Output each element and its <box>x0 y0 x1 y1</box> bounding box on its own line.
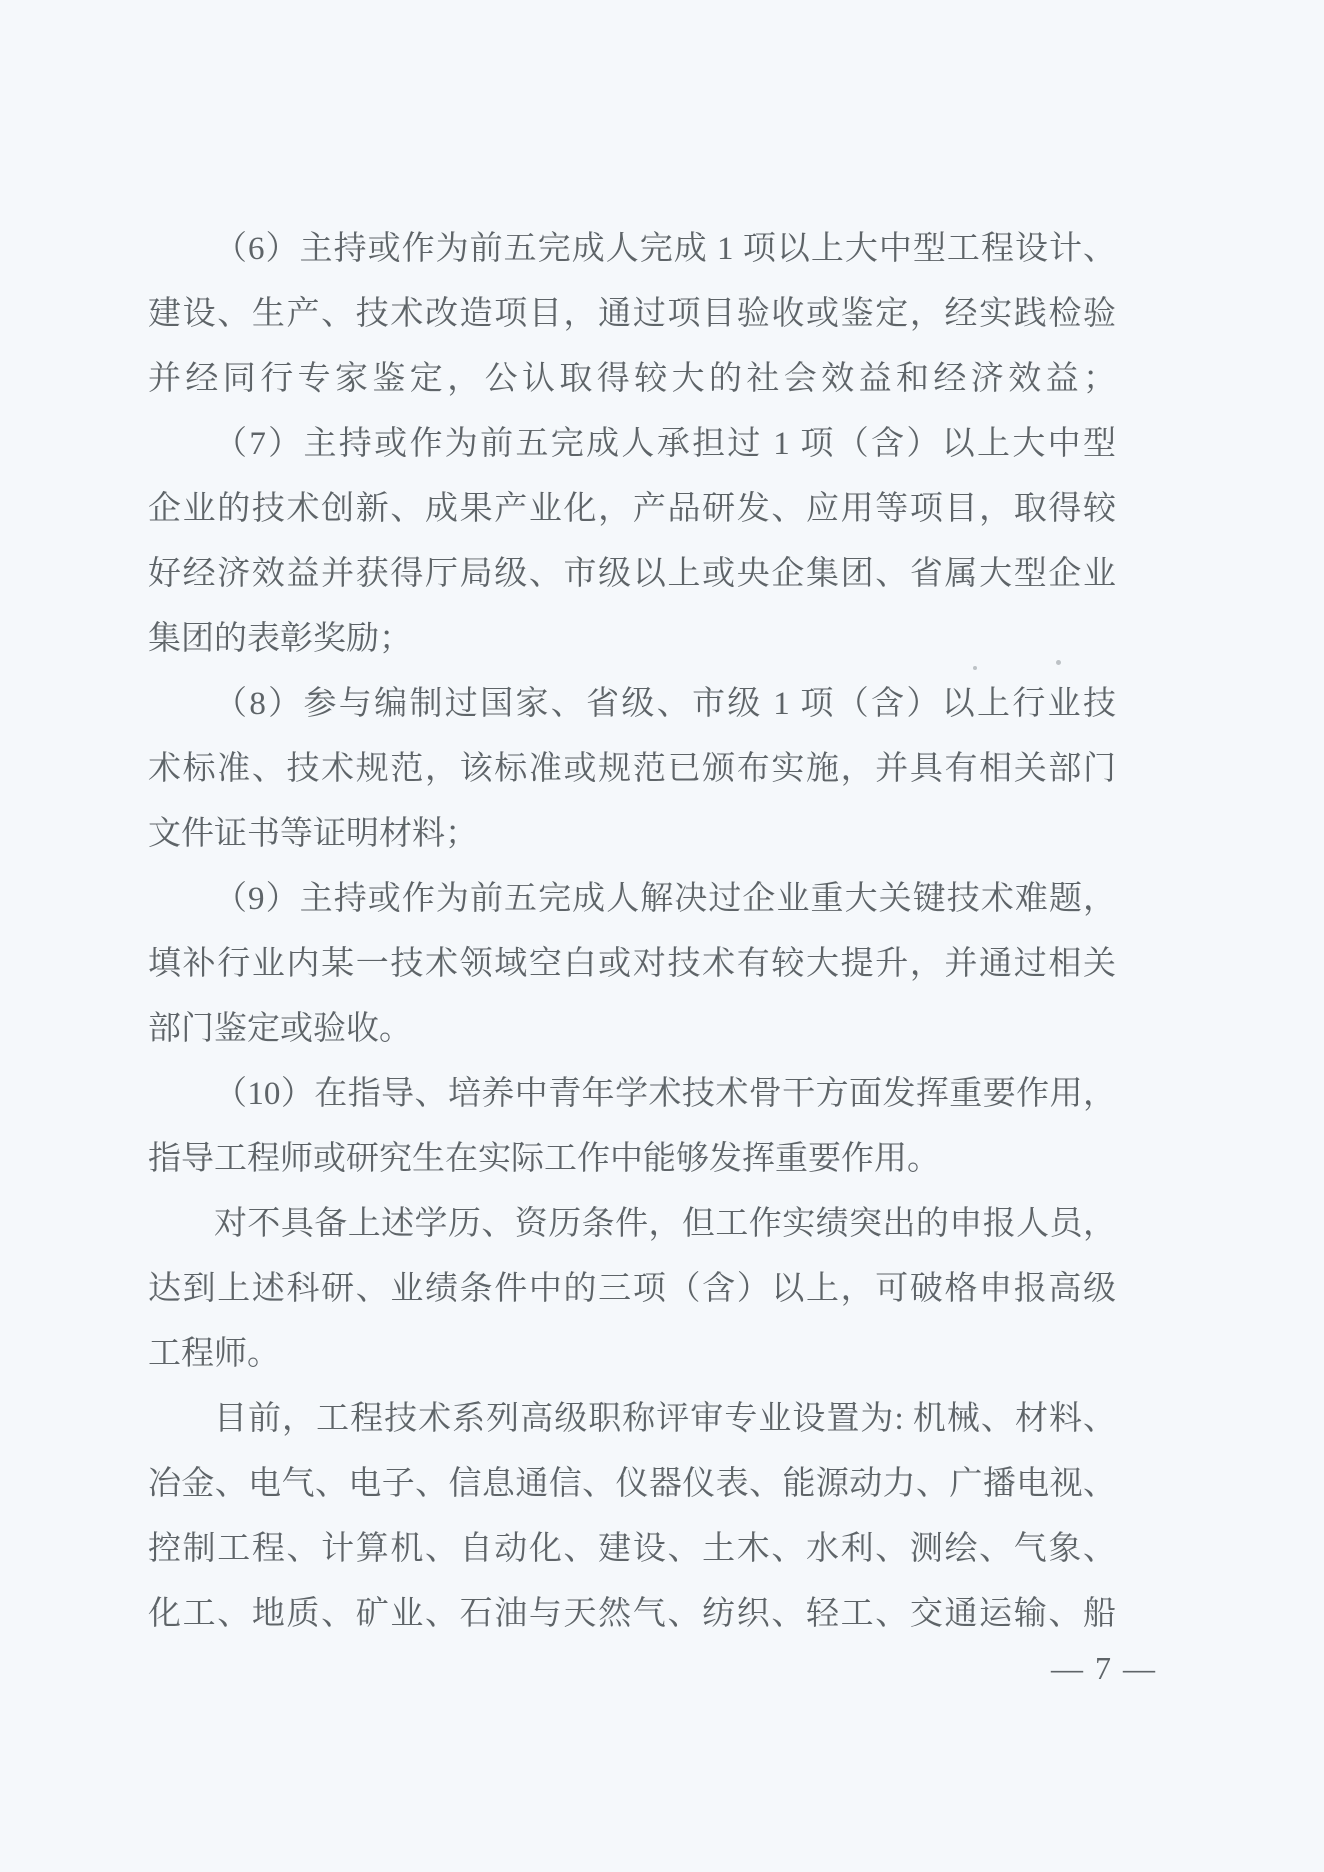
text-line: 控制工程、计算机、自动化、建设、土木、水利、测绘、气象、 <box>148 1517 1116 1582</box>
text-line: 文件证书等证明材料； <box>148 802 1116 867</box>
text-line: 达到上述科研、业绩条件中的三项（含）以上，可破格申报高级 <box>148 1257 1116 1322</box>
text-line: 化工、地质、矿业、石油与天然气、纺织、轻工、交通运输、船 <box>148 1582 1116 1647</box>
text-line: 并经同行专家鉴定，公认取得较大的社会效益和经济效益； <box>148 347 1116 412</box>
text-line: 工程师。 <box>148 1322 1116 1387</box>
text-line: （8）参与编制过国家、省级、市级 1 项（含）以上行业技 <box>148 672 1116 737</box>
scan-artifact-dot <box>973 666 977 670</box>
text-line: （7）主持或作为前五完成人承担过 1 项（含）以上大中型 <box>148 412 1116 477</box>
text-line: 建设、生产、技术改造项目，通过项目验收或鉴定，经实践检验 <box>148 282 1116 347</box>
page-number: — 7 — <box>1051 1640 1157 1696</box>
text-line: 部门鉴定或验收。 <box>148 997 1116 1062</box>
text-line: （9）主持或作为前五完成人解决过企业重大关键技术难题， <box>148 867 1116 932</box>
text-line: 目前，工程技术系列高级职称评审专业设置为: 机械、材料、 <box>148 1387 1116 1452</box>
text-line: 术标准、技术规范，该标准或规范已颁布实施，并具有相关部门 <box>148 737 1116 802</box>
text-line: （10）在指导、培养中青年学术技术骨干方面发挥重要作用， <box>148 1062 1116 1127</box>
text-line: 企业的技术创新、成果产业化，产品研发、应用等项目，取得较 <box>148 477 1116 542</box>
text-line: （6）主持或作为前五完成人完成 1 项以上大中型工程设计、 <box>148 217 1116 282</box>
text-line: 冶金、电气、电子、信息通信、仪器仪表、能源动力、广播电视、 <box>148 1452 1116 1517</box>
text-line: 对不具备上述学历、资历条件，但工作实绩突出的申报人员， <box>148 1192 1116 1257</box>
text-line: 集团的表彰奖励； <box>148 607 1116 672</box>
text-line: 指导工程师或研究生在实际工作中能够发挥重要作用。 <box>148 1127 1116 1192</box>
document-page: （6）主持或作为前五完成人完成 1 项以上大中型工程设计、建设、生产、技术改造项… <box>0 0 1324 1872</box>
document-body: （6）主持或作为前五完成人完成 1 项以上大中型工程设计、建设、生产、技术改造项… <box>148 217 1116 1647</box>
scan-artifact-dot <box>1056 660 1061 665</box>
text-line: 填补行业内某一技术领域空白或对技术有较大提升，并通过相关 <box>148 932 1116 997</box>
text-line: 好经济效益并获得厅局级、市级以上或央企集团、省属大型企业 <box>148 542 1116 607</box>
